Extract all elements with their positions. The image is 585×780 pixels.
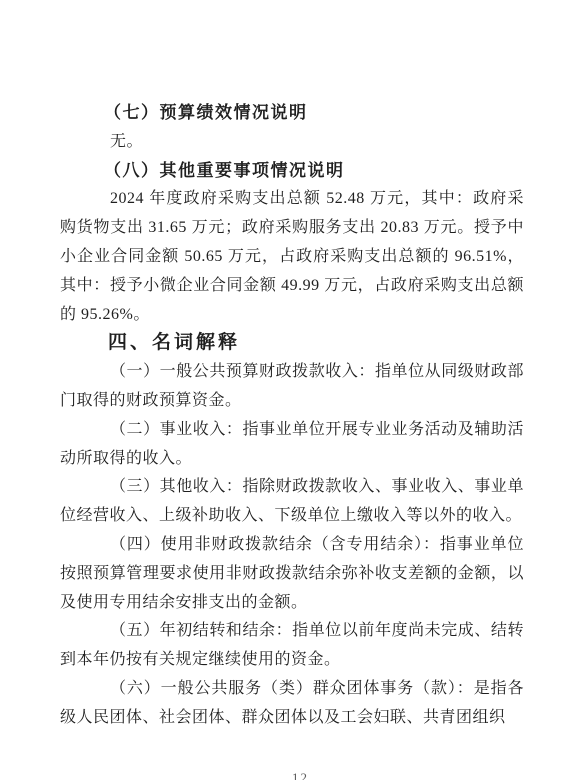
section-8-body: 2024 年度政府采购支出总额 52.48 万元，其中：政府采购货物支出 31.… bbox=[60, 185, 524, 329]
page-number: 12 bbox=[292, 770, 309, 780]
definition-item-6: （六）一般公共服务（类）群众团体事务（款）：是指各级人民团体、社会团体、群众团体… bbox=[60, 675, 524, 733]
definition-item-3: （三）其他收入：指除财政拨款收入、事业收入、事业单位经营收入、上级补助收入、下级… bbox=[60, 473, 524, 531]
document-page: （七）预算绩效情况说明 无。 （八）其他重要事项情况说明 2024 年度政府采购… bbox=[0, 0, 585, 780]
section-7-heading: （七）预算绩效情况说明 bbox=[60, 99, 524, 128]
definition-item-2: （二）事业收入：指事业单位开展专业业务活动及辅助活动所取得的收入。 bbox=[60, 416, 524, 474]
definition-item-5: （五）年初结转和结余：指单位以前年度尚未完成、结转到本年仍按有关规定继续使用的资… bbox=[60, 617, 524, 675]
definition-item-1: （一）一般公共预算财政拨款收入：指单位从同级财政部门取得的财政预算资金。 bbox=[60, 358, 524, 416]
part-4-heading: 四、名词解释 bbox=[60, 329, 524, 358]
definition-item-4: （四）使用非财政拨款结余（含专用结余）：指事业单位按照预算管理要求使用非财政拨款… bbox=[60, 531, 524, 617]
section-8-heading: （八）其他重要事项情况说明 bbox=[60, 157, 524, 186]
document-content: （七）预算绩效情况说明 无。 （八）其他重要事项情况说明 2024 年度政府采购… bbox=[60, 99, 524, 733]
section-7-body: 无。 bbox=[60, 128, 524, 157]
